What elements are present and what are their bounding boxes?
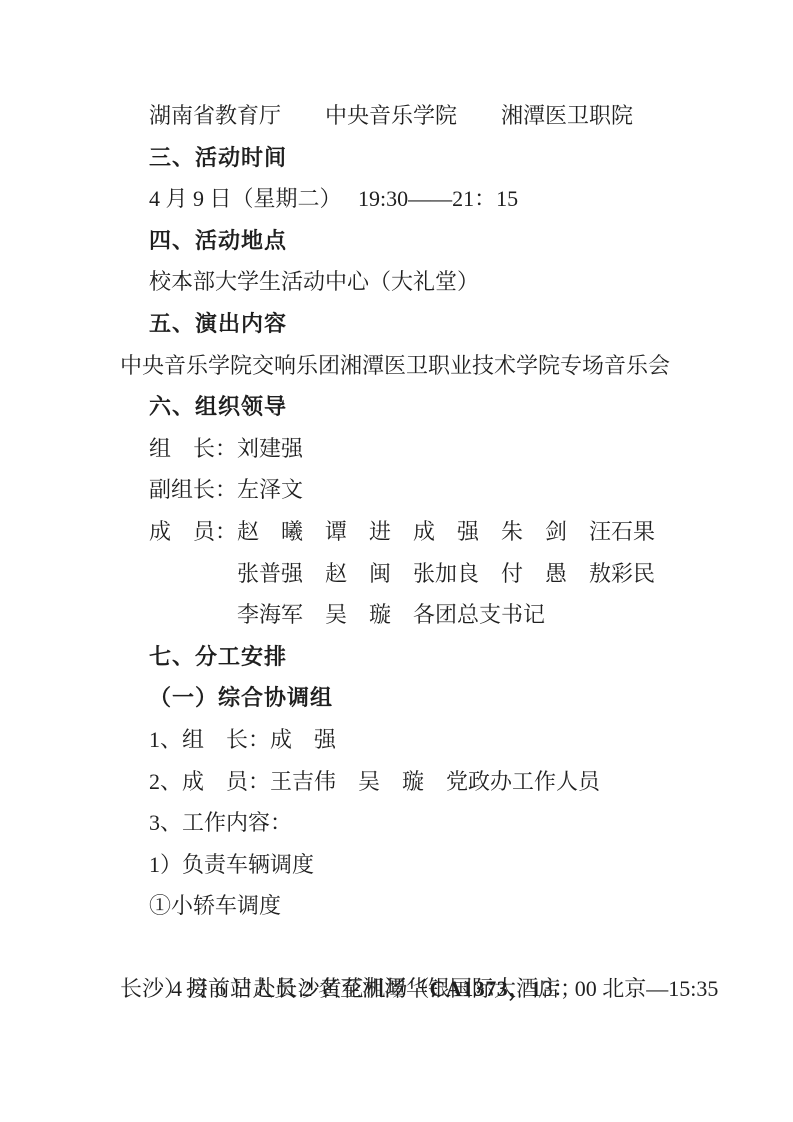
flight-pickup-line-1: 4 月 6 日赴长沙黄花机场（CA1373，13：00 北京—15:35 bbox=[120, 927, 683, 969]
members-line-2: 张普强 赵 闽 张加良 付 愚 敖彩民 bbox=[120, 553, 683, 595]
work-content-label: 3、工作内容： bbox=[120, 802, 683, 844]
heading-performance-content: 五、演出内容 bbox=[120, 303, 683, 345]
heading-coordination-group: （一）综合协调组 bbox=[120, 677, 683, 719]
heading-activity-time: 三、活动时间 bbox=[120, 137, 683, 179]
activity-venue-value: 校本部大学生活动中心（大礼堂） bbox=[120, 261, 683, 303]
document-page: 湖南省教育厅 中央音乐学院 湘潭医卫职院 三、活动时间 4 月 9 日（星期二）… bbox=[0, 0, 793, 1122]
performance-content-value: 中央音乐学院交响乐团湘潭医卫职业技术学院专场音乐会 bbox=[120, 345, 683, 387]
vehicle-dispatch-item: 1）负责车辆调度 bbox=[120, 844, 683, 886]
members-line-3: 李海军 吴 璇 各团总支书记 bbox=[120, 594, 683, 636]
members-line-1: 成 员：赵 曦 谭 进 成 强 朱 剑 汪石果 bbox=[120, 511, 683, 553]
group-members-line: 2、成 员：王吉伟 吴 璇 党政办工作人员 bbox=[120, 761, 683, 803]
sedan-dispatch-item: ①小轿车调度 bbox=[120, 885, 683, 927]
heading-activity-venue: 四、活动地点 bbox=[120, 220, 683, 262]
heading-work-assignment: 七、分工安排 bbox=[120, 636, 683, 678]
organizers-line: 湖南省教育厅 中央音乐学院 湘潭医卫职院 bbox=[120, 95, 683, 137]
group-leader-line: 1、组 长：成 强 bbox=[120, 719, 683, 761]
heading-organization-leadership: 六、组织领导 bbox=[120, 386, 683, 428]
leader-line: 组 长：刘建强 bbox=[120, 428, 683, 470]
deputy-leader-line: 副组长：左泽文 bbox=[120, 469, 683, 511]
activity-time-value: 4 月 9 日（星期二） 19:30——21：15 bbox=[120, 178, 683, 220]
